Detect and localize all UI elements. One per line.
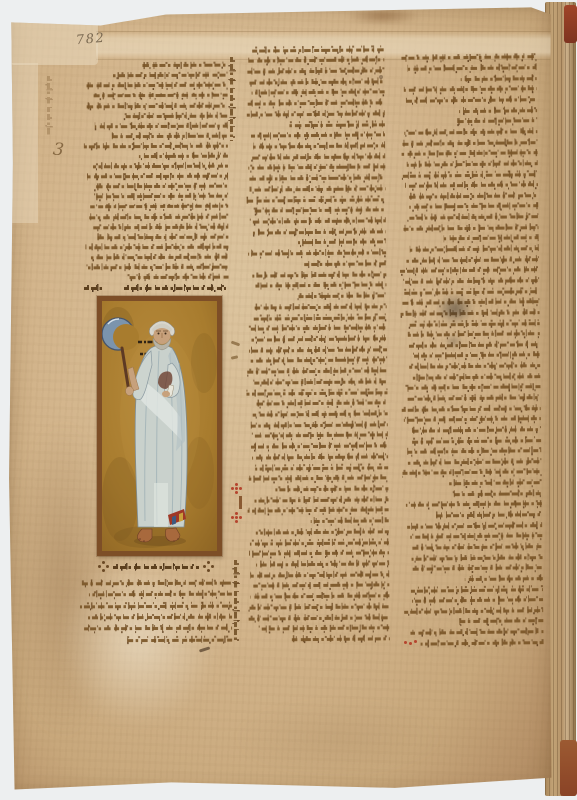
red-rosette-mark (235, 487, 238, 490)
heading-line (113, 562, 198, 572)
manuscript-text-line (128, 272, 229, 283)
manuscript-text-line (298, 236, 386, 248)
manuscript-text-line (90, 251, 229, 262)
manuscript-photo: 782 (0, 0, 577, 800)
rubric-bar-mark (239, 496, 242, 509)
stain (233, 700, 443, 775)
section-heading (80, 562, 232, 572)
ink-speck (199, 646, 210, 652)
vertical-marginal-note-bottom (232, 560, 242, 642)
red-leaf-edge-bottom (560, 740, 577, 796)
manuscript-text-line (84, 622, 232, 634)
caption-line (124, 283, 226, 293)
margin-mark: 3 (52, 139, 65, 160)
miniature-caption (84, 283, 226, 293)
guard-strip (10, 63, 38, 223)
vertical-marginal-note-top (228, 57, 238, 141)
manuscript-text-line (90, 221, 228, 232)
eye (165, 333, 167, 335)
manuscript-text-line (301, 258, 386, 270)
manuscript-text-line (81, 577, 232, 589)
manuscript-text-line (94, 231, 229, 242)
quatrefoil-mark-icon (102, 565, 105, 568)
manuscript-text-line (311, 515, 389, 526)
left-hand (162, 391, 170, 397)
left-column-upper-text (83, 60, 228, 283)
manuscript-text-line (292, 633, 390, 645)
manuscript-text-line (111, 130, 228, 141)
left-column-lower-text (80, 577, 232, 646)
manuscript-text-line (94, 191, 228, 202)
manuscript-text-line (88, 611, 232, 623)
caption-word (84, 283, 105, 293)
manuscript-text-line (93, 161, 228, 172)
manuscript-text-line (141, 60, 227, 71)
manuscript-text-line (92, 90, 228, 101)
red-leaf-edge-top (564, 5, 577, 43)
middle-column-text (242, 43, 390, 644)
manuscript-text-line (125, 633, 232, 645)
right-column-text (397, 51, 543, 649)
manuscript-text-line (94, 120, 228, 131)
right-hand (126, 387, 134, 396)
stain (346, 7, 420, 25)
manuscript-text-line (91, 201, 229, 212)
folio-number: 782 (75, 31, 106, 48)
red-rosette-mark (235, 516, 238, 519)
red-dot-flourish (404, 641, 407, 644)
prophet-miniature (97, 296, 222, 556)
quatrefoil-mark-icon (207, 565, 210, 568)
manuscript-text-line (139, 150, 228, 161)
miniature-painting (102, 301, 217, 551)
faint-marginal-note (45, 76, 55, 136)
manuscript-text-line (420, 636, 543, 648)
manuscript-text-line (80, 599, 232, 611)
manuscript-text-line (89, 588, 232, 600)
manuscript-text-line (297, 290, 386, 302)
manuscript-text-line (89, 211, 228, 222)
manuscript-text-line (122, 110, 227, 121)
manuscript-text-line (94, 181, 228, 192)
under-tunic (154, 483, 168, 527)
manuscript-text-line (112, 70, 227, 81)
eye (158, 333, 160, 335)
